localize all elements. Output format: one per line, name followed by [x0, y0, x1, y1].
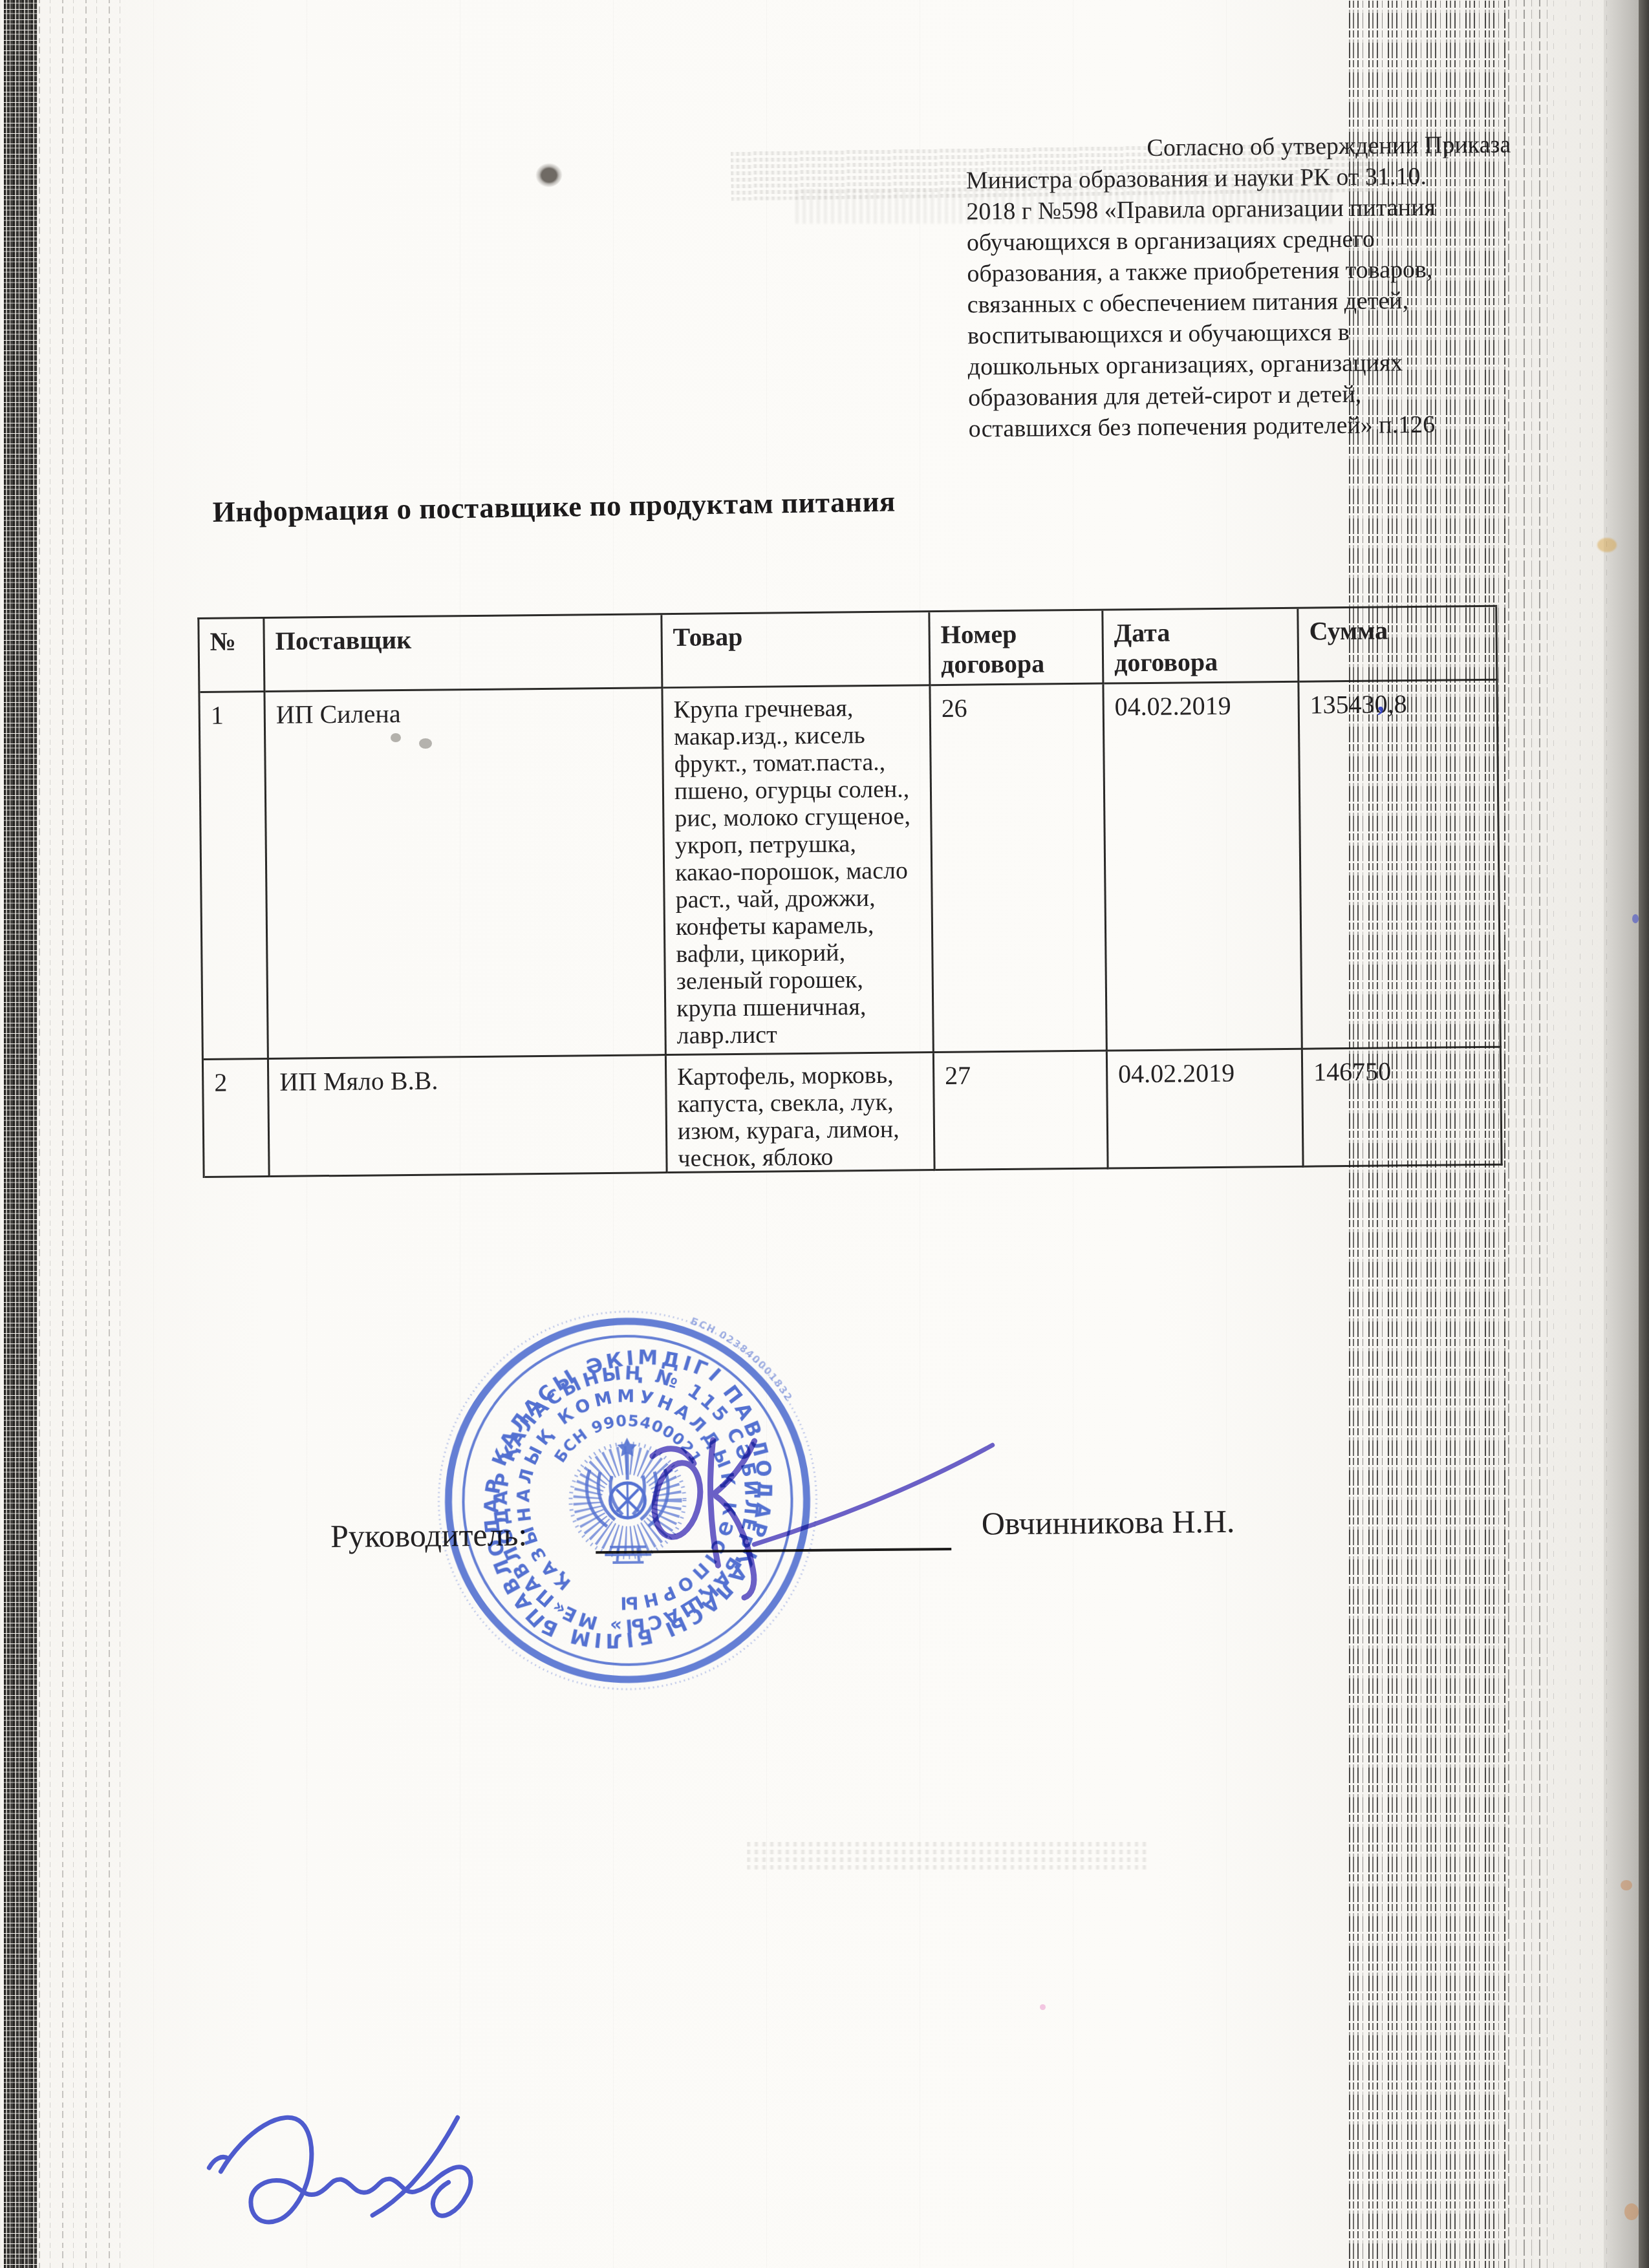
director-signature: [647, 1437, 994, 1598]
scanned-page: Согласно об утверждении Приказа Министра…: [0, 0, 1649, 2268]
pen-ink-layer: [0, 0, 1649, 2268]
handwritten-signature-bottom: [209, 2116, 471, 2223]
document-content: Согласно об утверждении Приказа Министра…: [0, 0, 1649, 2268]
